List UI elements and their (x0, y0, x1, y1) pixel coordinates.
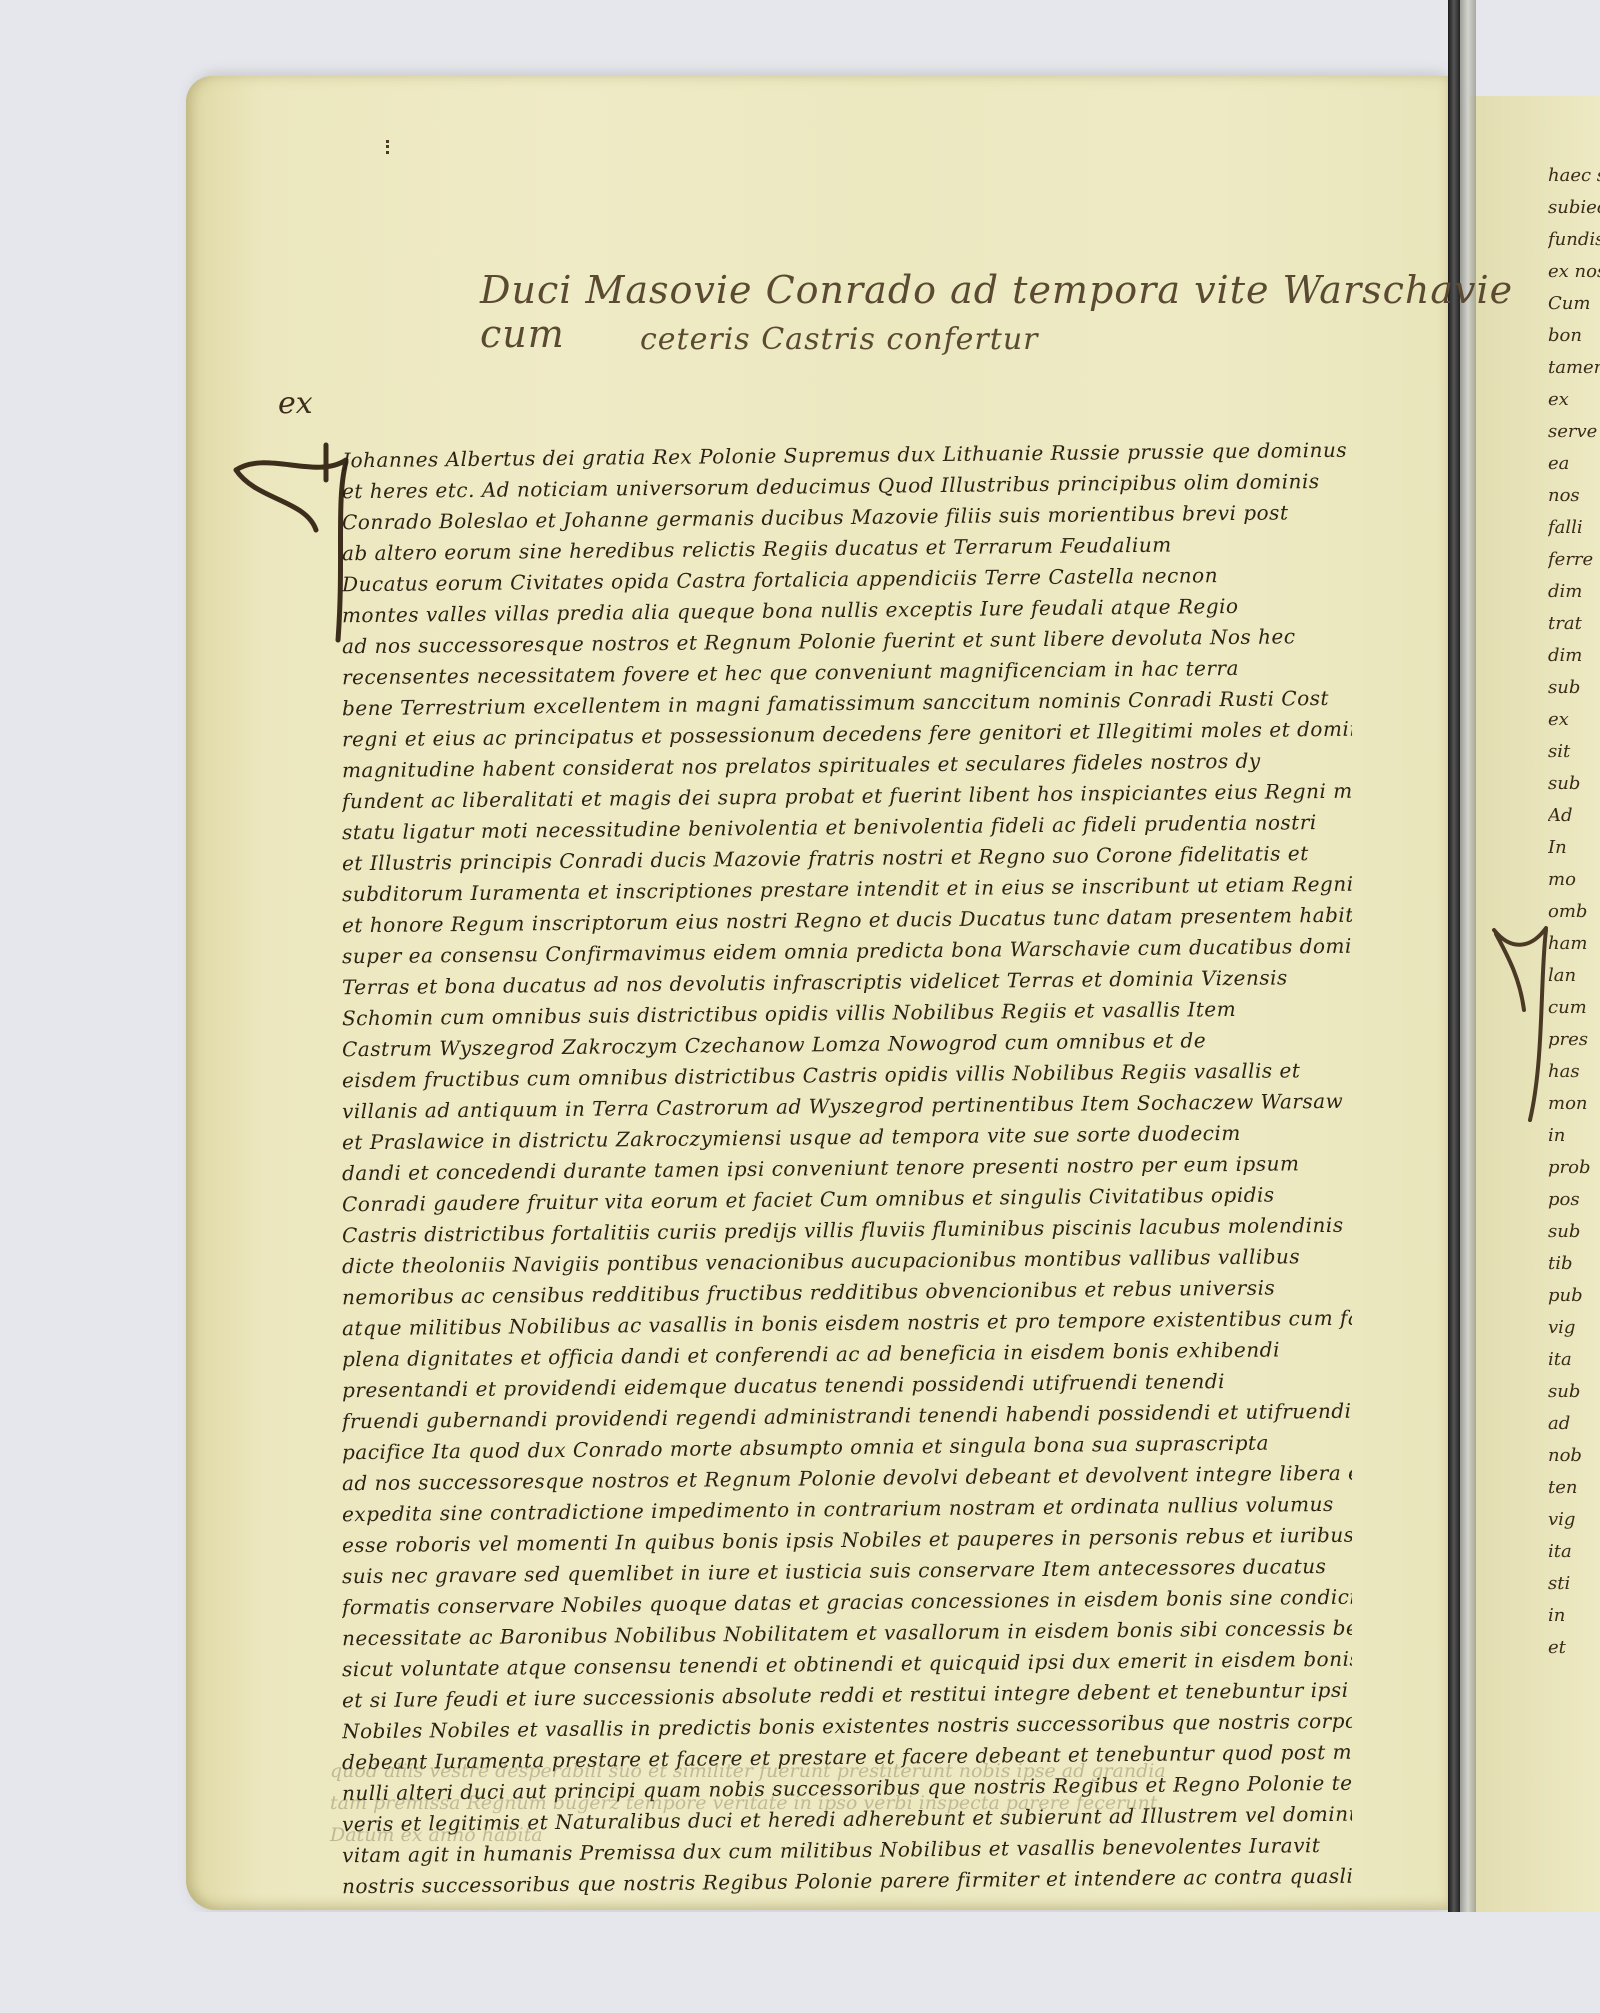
bleedthrough-line: Datum ex anno habita (330, 1819, 1330, 1851)
facing-page-initial-icon (1490, 920, 1550, 1130)
facing-page-fragment: ita (1548, 1536, 1600, 1568)
facing-page-fragment: ita (1548, 1344, 1600, 1376)
facing-page-fragment: dim (1548, 576, 1600, 608)
facing-page-fragment: sub (1548, 1216, 1600, 1248)
facing-page-fragment: ad (1548, 1408, 1600, 1440)
facing-page-fragment: sub (1548, 768, 1600, 800)
facing-page-fragment: nos (1548, 480, 1600, 512)
facing-page-fragment: tib (1548, 1248, 1600, 1280)
facing-page-fragment: ex (1548, 384, 1600, 416)
facing-page-fragment: pres (1548, 1024, 1600, 1056)
facing-page-fragment: mo (1548, 864, 1600, 896)
facing-page-fragment: trat (1548, 608, 1600, 640)
facing-page-fragment: sub (1548, 1376, 1600, 1408)
facing-page-fragment: ham (1548, 928, 1600, 960)
facing-page-fragment: ferre (1548, 544, 1600, 576)
facing-page-fragment: has (1548, 1056, 1600, 1088)
facing-page-fragment: cum (1548, 992, 1600, 1024)
facing-page-fragment: in (1548, 1600, 1600, 1632)
facing-page-fragment: vig (1548, 1312, 1600, 1344)
facing-page-fragment: fundis (1548, 224, 1600, 256)
bleedthrough-text: quod aliis vestre desperabili suo et sim… (330, 1755, 1330, 1851)
heading-line-2: ceteris Castris confertur (640, 322, 1039, 357)
facing-page-fragment: sub (1548, 672, 1600, 704)
facing-page-fragment: lan (1548, 960, 1600, 992)
facing-page-fragment: Ad (1548, 800, 1600, 832)
facing-page-fragment: falli (1548, 512, 1600, 544)
scan-background (0, 1912, 1600, 2013)
facing-page-fragment: Cum (1548, 288, 1600, 320)
facing-page-fragment: et (1548, 1632, 1600, 1664)
manuscript-body: Johannes Albertus dei gratia Rex Polonie… (342, 440, 1352, 1897)
facing-page-fragment: subiecta (1548, 192, 1600, 224)
decorated-initial-j-icon (226, 440, 356, 650)
facing-page-fragment: ex (1548, 704, 1600, 736)
facing-page-fragment: sit (1548, 736, 1600, 768)
facing-page-fragment: mon (1548, 1088, 1600, 1120)
bleedthrough-line: quod aliis vestre desperabili suo et sim… (330, 1755, 1330, 1787)
facing-page-fragment: vig (1548, 1504, 1600, 1536)
facing-page-fragment: pub (1548, 1280, 1600, 1312)
facing-page-fragment: sti (1548, 1568, 1600, 1600)
ink-dots (386, 140, 393, 154)
facing-page-fragment: serve (1548, 416, 1600, 448)
facing-page-fragment: bon (1548, 320, 1600, 352)
facing-page-fragment: ten (1548, 1472, 1600, 1504)
bleedthrough-line: tam premissa Regnum bugerz tempore verit… (330, 1787, 1330, 1819)
facing-page-fragment: in (1548, 1120, 1600, 1152)
facing-page-fragment: dim (1548, 640, 1600, 672)
facing-page-fragment: pos (1548, 1184, 1600, 1216)
facing-page-fragment: tamen (1548, 352, 1600, 384)
facing-page-text: haec sitsubiectafundisex nosCumbontamene… (1548, 160, 1600, 1664)
facing-page-fragment: ex nos (1548, 256, 1600, 288)
facing-page-fragment: omb (1548, 896, 1600, 928)
facing-page-fragment: haec sit (1548, 160, 1600, 192)
facing-page-fragment: prob (1548, 1152, 1600, 1184)
facing-page-fragment: In (1548, 832, 1600, 864)
margin-note: ex (278, 386, 313, 421)
facing-page-fragment: ea (1548, 448, 1600, 480)
facing-page-fragment: nob (1548, 1440, 1600, 1472)
